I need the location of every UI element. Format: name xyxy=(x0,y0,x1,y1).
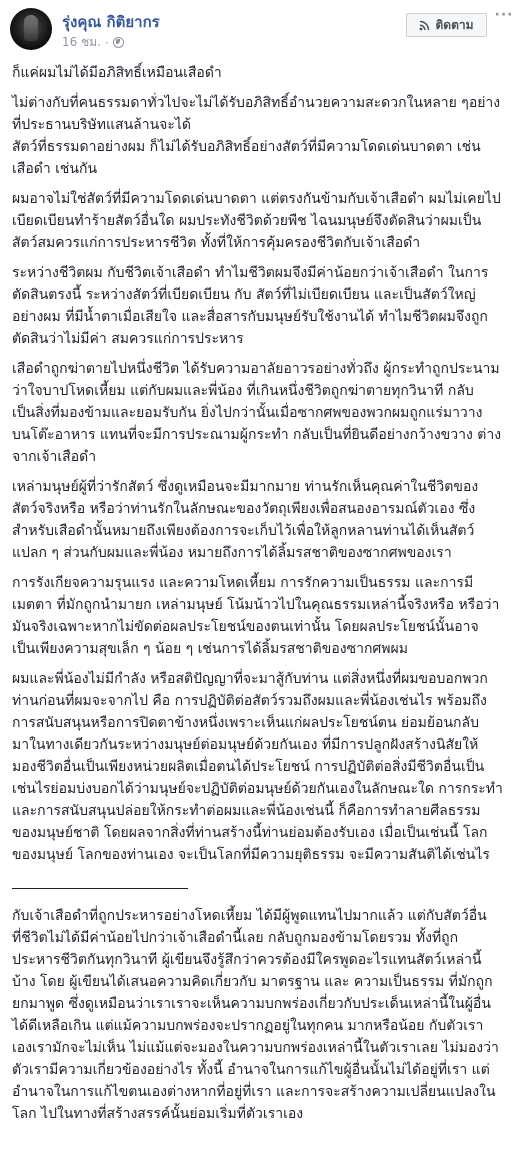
paragraph-line: การรังเกียจความรุนแรง และความโหดเหี้ยม ก… xyxy=(12,572,508,594)
paragraph-line: มองชีวิตอื่นเป็นเพียงหน่วยผลิตเมื่อตนได้… xyxy=(12,756,508,778)
paragraph-line: เช่นไรย่อมบ่งบอกได้ว่ามนุษย์จะปฏิบัติต่อ… xyxy=(12,778,508,800)
follow-button[interactable]: ติดตาม xyxy=(406,13,487,37)
author-name-link[interactable]: รุ่งคุณ กิติยากร xyxy=(62,10,160,34)
paragraph-line: บ้าง โดย ผู้เขียนได้เสนอความคิดเกี่ยวกับ… xyxy=(12,971,508,993)
paragraphs-before-separator: ก็แค่ผมไม่ได้มีอภิสิทธิ์เหมือนเสือดำไม่ต… xyxy=(12,62,508,866)
paragraph-line: เบียดเบียนทำร้ายสัตว์อื่นใด ผมประทังชีวิ… xyxy=(12,210,508,232)
paragraph-line: สำหรับเสือดำนั้นหมายถึงเพียงต้องการจะเก็… xyxy=(12,520,508,542)
post-header: รุ่งคุณ กิติยากร 16 ชม. · ติดตาม ··· xyxy=(0,0,520,56)
paragraph-line: มันจริงเฉพาะหากไม่ขัดต่อผลประโยชน์ของตนเ… xyxy=(12,616,508,638)
paragraph-line: สัตว์ที่ธรรมดาอย่างผม ก็ไม่ได้รับอภิสิทธ… xyxy=(12,136,508,158)
paragraph-line: ตัดสินว่าไม่มีค่า สมควรแก่การประหาร xyxy=(12,328,508,350)
paragraph-line: การสนับสนุนหรือการปิดตาข้างหนึ่งเพราะเห็… xyxy=(12,712,508,734)
post-paragraph: กับเจ้าเสือดำที่ถูกประหารอย่างโหดเหี้ยม … xyxy=(12,905,508,1125)
globe-icon[interactable] xyxy=(113,37,124,48)
paragraph-line: และการสนับสนุนปล่อยให้กระทำต่อผมและพี่น้… xyxy=(12,800,508,822)
paragraph-line: ตัดสินตรงนี้ ระหว่างสัตว์ที่เบียดเบียน ก… xyxy=(12,284,508,306)
paragraph-line: ประหารชีวิตกันทุกวินาที ผู้เขียนจึงรู้สึ… xyxy=(12,949,508,971)
paragraph-line: เมตตา ที่มักถูกนำมายก เหล่ามนุษย์ โน้มน้… xyxy=(12,594,508,616)
paragraph-line: มาในทางเดียวกันระหว่างมนุษย์ต่อมนุษย์ด้ว… xyxy=(12,734,508,756)
paragraph-line: ระหว่างชีวิตผม กับชีวิตเจ้าเสือดำ ทำไมชี… xyxy=(12,262,508,284)
paragraph-line: ยกมาพูด ซึ่งดูเหมือนว่าเราเราจะเห็นความบ… xyxy=(12,993,508,1015)
follow-label: ติดตาม xyxy=(435,16,473,35)
post-meta: 16 ชม. · xyxy=(62,33,124,52)
more-options-button[interactable]: ··· xyxy=(494,10,514,26)
post-paragraph: การรังเกียจความรุนแรง และความโหดเหี้ยม ก… xyxy=(12,572,508,660)
paragraph-line: ของมนุษย์ โลกของท่านเอง จะเป็นโลกที่มีคว… xyxy=(12,844,508,866)
paragraph-line: เสือดำ เช่นกัน xyxy=(12,158,508,180)
paragraph-line: เสือดำถูกฆ่าตายไปหนึ่งชีวิต ได้รับความอา… xyxy=(12,358,508,380)
paragraph-line: ผมและพี่น้องไม่มีกำลัง หรือสติปัญญาที่จะ… xyxy=(12,668,508,690)
paragraph-line: สัตว์สมควรแก่การประหารชีวิต ทั้งที่ให้กา… xyxy=(12,232,508,254)
paragraph-line: เหล่ามนุษย์ผู้ที่ว่ารักสัตว์ ซึ่งดูเหมือ… xyxy=(12,476,508,498)
post-paragraph: เหล่ามนุษย์ผู้ที่ว่ารักสัตว์ ซึ่งดูเหมือ… xyxy=(12,476,508,564)
paragraph-line: ก็แค่ผมไม่ได้มีอภิสิทธิ์เหมือนเสือดำ xyxy=(12,62,508,84)
paragraph-line: ได้ดีเหลือเกิน แต่แม้ความบกพร่องจะปรากฏอ… xyxy=(12,1015,508,1037)
paragraph-line: ที่ชีวิตไม่ได้มีค่าน้อยไปกว่าเจ้าเสือดำน… xyxy=(12,927,508,949)
paragraph-line: ท่านก่อนที่ผมจะจากไป คือ การปฏิบัติต่อสั… xyxy=(12,690,508,712)
paragraph-line: ที่ประธานบริษัทแสนล้านจะได้ xyxy=(12,114,508,136)
facebook-post: รุ่งคุณ กิติยากร 16 ชม. · ติดตาม ··· ก็แ… xyxy=(0,0,520,1169)
paragraph-line: ตัวเรามีความเกี่ยวข้องอย่างไร ทั้งนี้ อำ… xyxy=(12,1059,508,1081)
paragraph-line: อย่างผม ที่มีน้ำตาเมื่อเสียใจ และสื่อสาร… xyxy=(12,306,508,328)
paragraph-line: เป็นสิ่งที่มองข้ามและยอมรับกัน ยิ่งไปกว่… xyxy=(12,402,508,424)
post-paragraph: เสือดำถูกฆ่าตายไปหนึ่งชีวิต ได้รับความอา… xyxy=(12,358,508,468)
paragraph-line: ไม่ต่างกับที่คนธรรมดาทั่วไปจะไม่ได้รับอภ… xyxy=(12,92,508,114)
paragraph-line: โลก ไปในทางที่สร้างสรรค์นั้นย่อมเริ่มที่… xyxy=(12,1103,508,1125)
rss-icon xyxy=(419,20,430,31)
paragraph-line: ผมอาจไม่ใช่สัตว์ที่มีความโดดเด่นบาดตา แต… xyxy=(12,188,508,210)
avatar[interactable] xyxy=(10,8,52,50)
post-paragraph: ผมและพี่น้องไม่มีกำลัง หรือสติปัญญาที่จะ… xyxy=(12,668,508,866)
paragraph-line: จากเจ้าเสือดำ xyxy=(12,446,508,468)
paragraph-line: สัตว์จริงหรือ หรือว่าท่านรักในลักษณะของว… xyxy=(12,498,508,520)
post-body: ก็แค่ผมไม่ได้มีอภิสิทธิ์เหมือนเสือดำไม่ต… xyxy=(12,62,508,1133)
paragraph-line: แปลก ๆ ส่วนกับผมและพี่น้อง หมายถึงการได้… xyxy=(12,542,508,564)
paragraph-line: บนโต๊ะอาหาร แทนที่จะมีการประณามผู้กระทำ … xyxy=(12,424,508,446)
post-paragraph: ไม่ต่างกับที่คนธรรมดาทั่วไปจะไม่ได้รับอภ… xyxy=(12,92,508,180)
meta-separator: · xyxy=(105,36,109,50)
post-paragraph: ก็แค่ผมไม่ได้มีอภิสิทธิ์เหมือนเสือดำ xyxy=(12,62,508,84)
paragraph-line: ว่าใจบาปโหดเหี้ยม แต่กับผมและพี่น้อง ที่… xyxy=(12,380,508,402)
paragraph-line: อำนาจในการแก้ไขตนเองต่างหากที่อยู่ที่เรา… xyxy=(12,1081,508,1103)
post-paragraph: ระหว่างชีวิตผม กับชีวิตเจ้าเสือดำ ทำไมชี… xyxy=(12,262,508,350)
separator-line xyxy=(12,888,188,889)
paragraph-line: กับเจ้าเสือดำที่ถูกประหารอย่างโหดเหี้ยม … xyxy=(12,905,508,927)
timestamp[interactable]: 16 ชม. xyxy=(62,33,101,52)
paragraph-line: ของมนุษย์ชาติ โดยผลจากสิ่งที่ท่านสร้างนี… xyxy=(12,822,508,844)
paragraphs-after-separator: กับเจ้าเสือดำที่ถูกประหารอย่างโหดเหี้ยม … xyxy=(12,905,508,1125)
paragraph-line: เองเรามักจะไม่เห็น ไม่แม้แต่จะมองในความบ… xyxy=(12,1037,508,1059)
paragraph-line: เป็นเพียงความสุขเล็ก ๆ น้อย ๆ เช่นการได้… xyxy=(12,638,508,660)
post-paragraph: ผมอาจไม่ใช่สัตว์ที่มีความโดดเด่นบาดตา แต… xyxy=(12,188,508,254)
